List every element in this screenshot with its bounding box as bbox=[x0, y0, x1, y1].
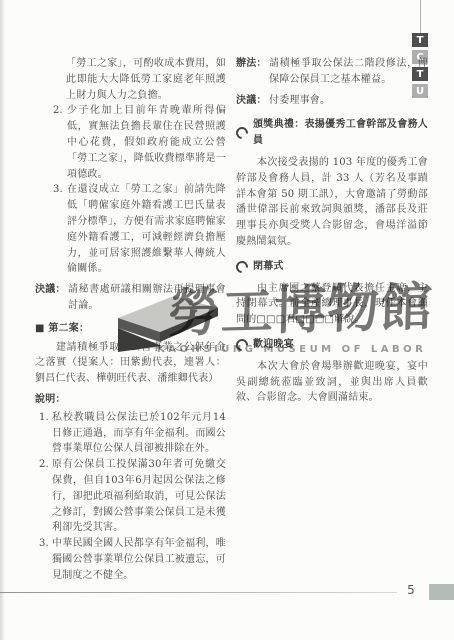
section-header-banquet: 歡迎晚宴 bbox=[236, 337, 428, 353]
list-item: 1. 私校教職員公保法已於102年元月14日修正通過，而享有年金福利。而國公營事… bbox=[39, 410, 226, 457]
section-header-closing: 閉幕式 bbox=[236, 259, 428, 275]
footer-rule bbox=[0, 592, 397, 593]
left-column: 「勞工之家」，可酌收成本費用，如此即能大大降低勞工家庭老年照護上財力與人力之負擔… bbox=[35, 56, 226, 584]
resolution-row: 決議： 請秘書處研議相關辦法再提理事會討論。 bbox=[35, 282, 226, 314]
page-number: 5 bbox=[401, 583, 421, 597]
list-item-number: 2. bbox=[53, 103, 67, 182]
list-item-text: 在還沒成立「勞工之家」前請先降低「聘僱家庭外籍看護工巴氏量表評分標準」，方便有需… bbox=[67, 182, 226, 277]
resolution-text: 請秘書處研議相關辦法再提理事會討論。 bbox=[68, 282, 226, 314]
side-tab-t1: T bbox=[412, 33, 428, 47]
section-paragraph: 本次接受表揚的 103 年度的優秀工會幹部及會務人員，計 33 人（芳名及事蹟詳… bbox=[236, 155, 428, 250]
list-item: 3. 在還沒成立「勞工之家」前請先降低「聘僱家庭外籍看護工巴氏量表評分標準」，方… bbox=[53, 182, 226, 277]
case2-body: 建請積極爭取國公營事業之公保年金之落實（提案人：田紫勳代表，連署人：劉昌仁代表、… bbox=[35, 340, 226, 387]
right-column: 辦法： 請積極爭取公保法二階段修法，俾保障公保員工之基本權益。 決議： 付委理事… bbox=[236, 56, 428, 406]
section-paragraph: 由主席團之蔡登順代表擔任主席，主持閉幕式。前全產總理事長，現任本會顧問的□□□君… bbox=[236, 281, 428, 328]
list-item: 3. 中華民國全國人民都享有年金福利，唯獨國公營事業單位公保員工被遺忘，可見制度… bbox=[39, 536, 226, 583]
section-title: 閉幕式 bbox=[253, 259, 284, 275]
list-item-number: 3. bbox=[39, 536, 52, 583]
method-row: 辦法： 請積極爭取公保法二階段修法，俾保障公保員工之基本權益。 bbox=[236, 56, 428, 88]
case2-heading: ■ 第二案： bbox=[35, 321, 226, 337]
scan-edge-shadow bbox=[0, 0, 5, 640]
method-text: 請積極爭取公保法二階段修法，俾保障公保員工之基本權益。 bbox=[269, 56, 428, 88]
circular-arrow-bullet-icon bbox=[234, 258, 251, 275]
list-item: 2. 少子化加上目前年青晚輩所得偏低，實無法負擔長輩住在民營照護中心花費，假如政… bbox=[53, 103, 226, 182]
section-title: 頒獎典禮：表揚優秀工會幹部及會務人員 bbox=[253, 117, 428, 149]
circular-arrow-bullet-icon bbox=[234, 336, 251, 353]
scanned-document-page: T C T U 「勞工之家」，可酌收成本費用，如此即能大大降低勞工家庭老年照護上… bbox=[0, 0, 454, 640]
resolution-text: 付委理事會。 bbox=[269, 93, 428, 109]
list-item-text: 少子化加上目前年青晚輩所得偏低，實無法負擔長輩住在民營照護中心花費，假如政府能成… bbox=[67, 103, 226, 182]
section-header-awards: 頒獎典禮：表揚優秀工會幹部及會務人員 bbox=[236, 117, 428, 149]
tab-rail-line bbox=[420, 0, 421, 34]
section-title: 歡迎晚宴 bbox=[253, 337, 294, 353]
continued-paragraph: 「勞工之家」，可酌收成本費用，如此即能大大降低勞工家庭老年照護上財力與人力之負擔… bbox=[66, 56, 226, 103]
list-item-number: 2. bbox=[39, 457, 52, 536]
list-item-text: 私校教職員公保法已於102年元月14日修正通過，而享有年金福利。而國公營事業單位… bbox=[52, 410, 226, 457]
list-item-text: 中華民國全國人民都享有年金福利，唯獨國公營事業單位公保員工被遺忘，可見制度之不健… bbox=[52, 536, 226, 583]
resolution-label: 決議： bbox=[35, 282, 68, 314]
list-item-number: 3. bbox=[53, 182, 67, 277]
resolution-row: 決議： 付委理事會。 bbox=[236, 93, 428, 109]
circular-arrow-bullet-icon bbox=[234, 125, 251, 142]
list-item-text: 原有公保員工投保滿30年者可免繳交保費，但自103年6月起因公保法之修行，卻把此… bbox=[52, 457, 226, 536]
section-paragraph: 本次大會於會場舉辦歡迎晚宴，宴中吳副總統蒞臨並致詞，並與出席人員歡敘、合影留念。… bbox=[236, 359, 428, 406]
resolution-label: 決議： bbox=[236, 93, 269, 109]
explanation-label: 說明： bbox=[35, 392, 226, 408]
list-item: 2. 原有公保員工投保滿30年者可免繳交保費，但自103年6月起因公保法之修行，… bbox=[39, 457, 226, 536]
list-item-number: 1. bbox=[39, 410, 52, 457]
method-label: 辦法： bbox=[236, 56, 269, 88]
footer-corner-block bbox=[429, 584, 454, 600]
